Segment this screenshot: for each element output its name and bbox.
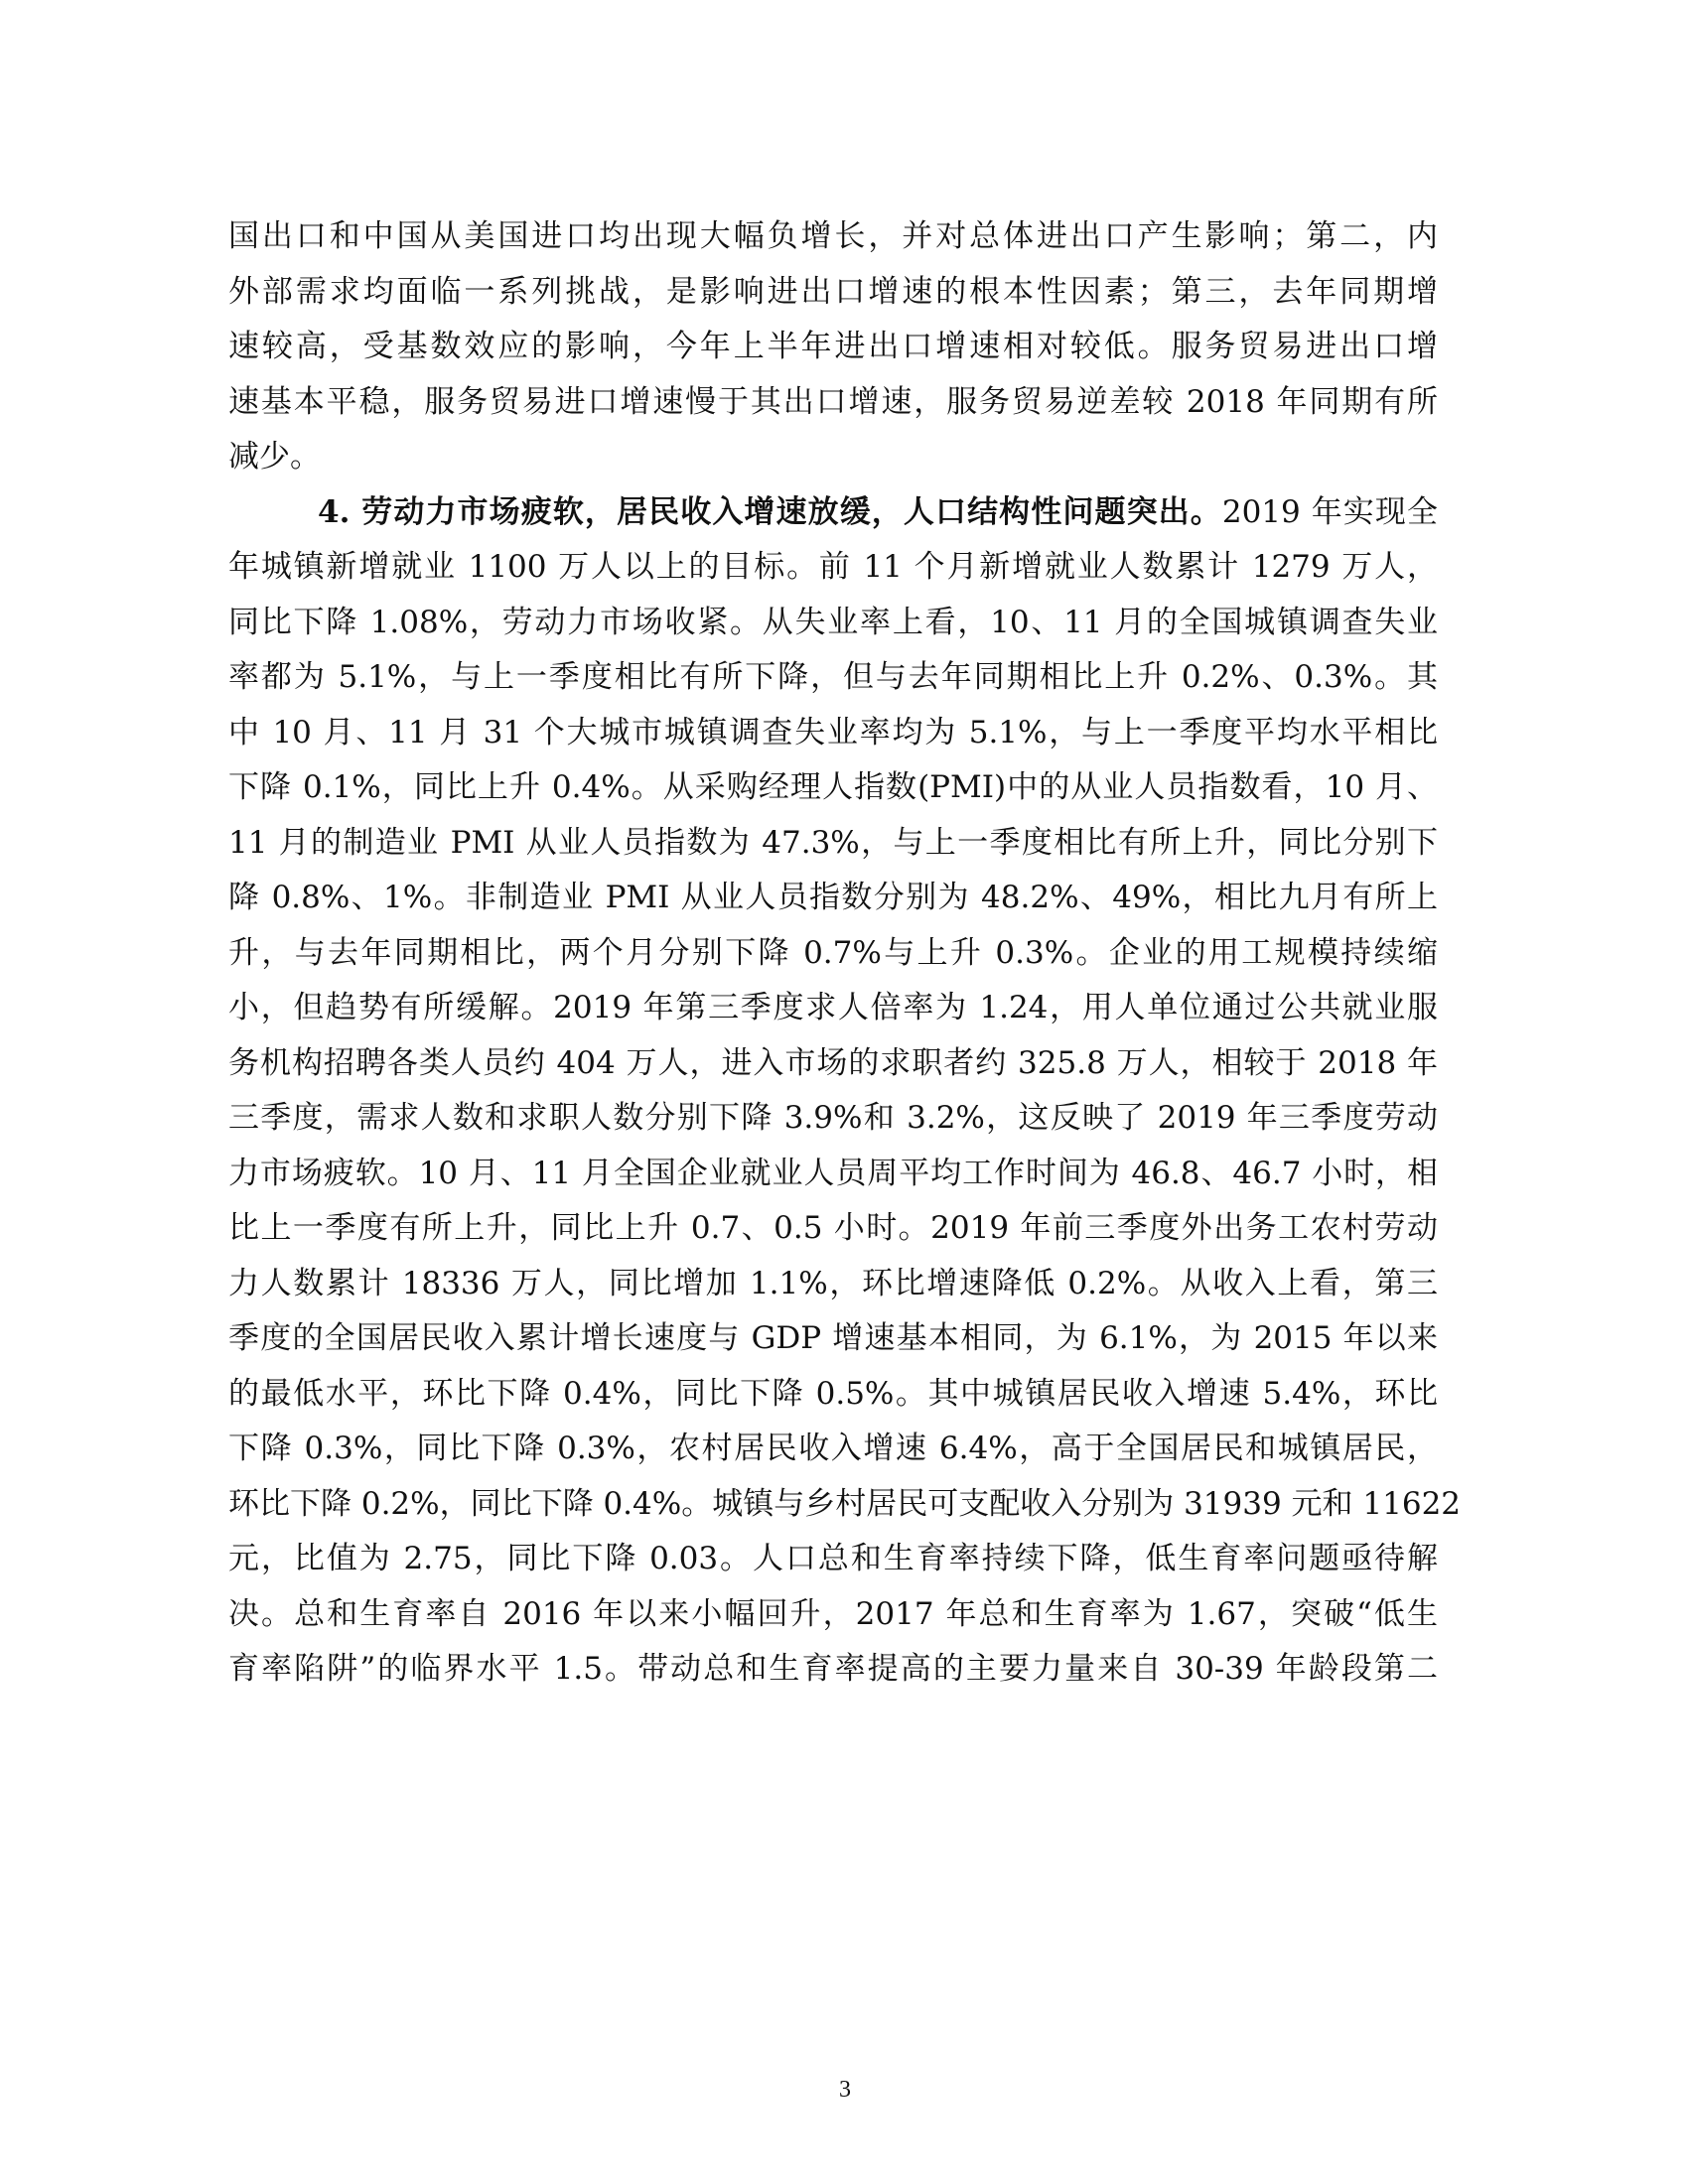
text-line: 季度的全国居民收入累计增长速度与 GDP 增速基本相同，为 6.1%，为 201… <box>228 1311 1438 1367</box>
text-line: 年城镇新增就业 1100 万人以上的目标。前 11 个月新增就业人数累计 127… <box>228 540 1438 596</box>
text-line: 育率陷阱”的临界水平 1.5。带动总和生育率提高的主要力量来自 30-39 年龄… <box>228 1642 1438 1698</box>
text-line: 力人数累计 18336 万人，同比增加 1.1%，环比增速降低 0.2%。从收入… <box>228 1257 1438 1312</box>
heading-line-continuation: 2019 年实现全 <box>1222 494 1438 530</box>
text-line: 决。总和生育率自 2016 年以来小幅回升，2017 年总和生育率为 1.67，… <box>228 1587 1438 1643</box>
text-line: 速较高，受基数效应的影响，今年上半年进出口增速相对较低。服务贸易进出口增 <box>228 320 1438 375</box>
text-line: 务机构招聘各类人员约 404 万人，进入市场的求职者约 325.8 万人，相较于… <box>228 1036 1438 1092</box>
text-line: 减少。 <box>228 430 1438 485</box>
text-line: 率都为 5.1%，与上一季度相比有所下降，但与去年同期相比上升 0.2%、0.3… <box>228 650 1438 706</box>
text-line: 国出口和中国从美国进口均出现大幅负增长，并对总体进出口产生影响；第二，内 <box>228 209 1438 265</box>
text-line: 小，但趋势有所缓解。2019 年第三季度求人倍率为 1.24，用人单位通过公共就… <box>228 981 1438 1036</box>
text-line: 环比下降 0.2%，同比下降 0.4%。城镇与乡村居民可支配收入分别为 3193… <box>228 1477 1438 1533</box>
paragraph-labor-market: 4. 劳动力市场疲软，居民收入增速放缓，人口结构性问题突出。2019 年实现全 … <box>228 485 1438 1698</box>
text-line: 下降 0.1%，同比上升 0.4%。从采购经理人指数(PMI)中的从业人员指数看… <box>228 760 1438 816</box>
section-heading-line: 4. 劳动力市场疲软，居民收入增速放缓，人口结构性问题突出。2019 年实现全 <box>228 485 1438 541</box>
page-number: 3 <box>830 2075 860 2105</box>
text-line: 速基本平稳，服务贸易进口增速慢于其出口增速，服务贸易逆差较 2018 年同期有所 <box>228 375 1438 431</box>
text-line: 中 10 月、11 月 31 个大城市城镇调查失业率均为 5.1%，与上一季度平… <box>228 706 1438 761</box>
text-line: 同比下降 1.08%，劳动力市场收紧。从失业率上看，10、11 月的全国城镇调查… <box>228 596 1438 651</box>
text-line: 的最低水平，环比下降 0.4%，同比下降 0.5%。其中城镇居民收入增速 5.4… <box>228 1367 1438 1423</box>
text-line: 外部需求均面临一系列挑战，是影响进出口增速的根本性因素；第三，去年同期增 <box>228 265 1438 321</box>
text-line: 元，比值为 2.75，同比下降 0.03。人口总和生育率持续下降，低生育率问题亟… <box>228 1532 1438 1587</box>
text-line: 降 0.8%、1%。非制造业 PMI 从业人员指数分别为 48.2%、49%，相… <box>228 871 1438 926</box>
text-line: 力市场疲软。10 月、11 月全国企业就业人员周平均工作时间为 46.8、46.… <box>228 1147 1438 1202</box>
document-page: 国出口和中国从美国进口均出现大幅负增长，并对总体进出口产生影响；第二，内 外部需… <box>0 0 1688 2184</box>
text-line: 升，与去年同期相比，两个月分别下降 0.7%与上升 0.3%。企业的用工规模持续… <box>228 926 1438 982</box>
text-line: 11 月的制造业 PMI 从业人员指数为 47.3%，与上一季度相比有所上升，同… <box>228 816 1438 872</box>
body-text: 国出口和中国从美国进口均出现大幅负增长，并对总体进出口产生影响；第二，内 外部需… <box>228 209 1438 1698</box>
text-line: 比上一季度有所上升，同比上升 0.7、0.5 小时。2019 年前三季度外出务工… <box>228 1201 1438 1257</box>
text-line: 下降 0.3%，同比下降 0.3%，农村居民收入增速 6.4%，高于全国居民和城… <box>228 1422 1438 1477</box>
section-heading: 4. 劳动力市场疲软，居民收入增速放缓，人口结构性问题突出。 <box>318 494 1222 530</box>
text-line: 三季度，需求人数和求职人数分别下降 3.9%和 3.2%，这反映了 2019 年… <box>228 1091 1438 1147</box>
paragraph-trade-continuation: 国出口和中国从美国进口均出现大幅负增长，并对总体进出口产生影响；第二，内 外部需… <box>228 209 1438 485</box>
